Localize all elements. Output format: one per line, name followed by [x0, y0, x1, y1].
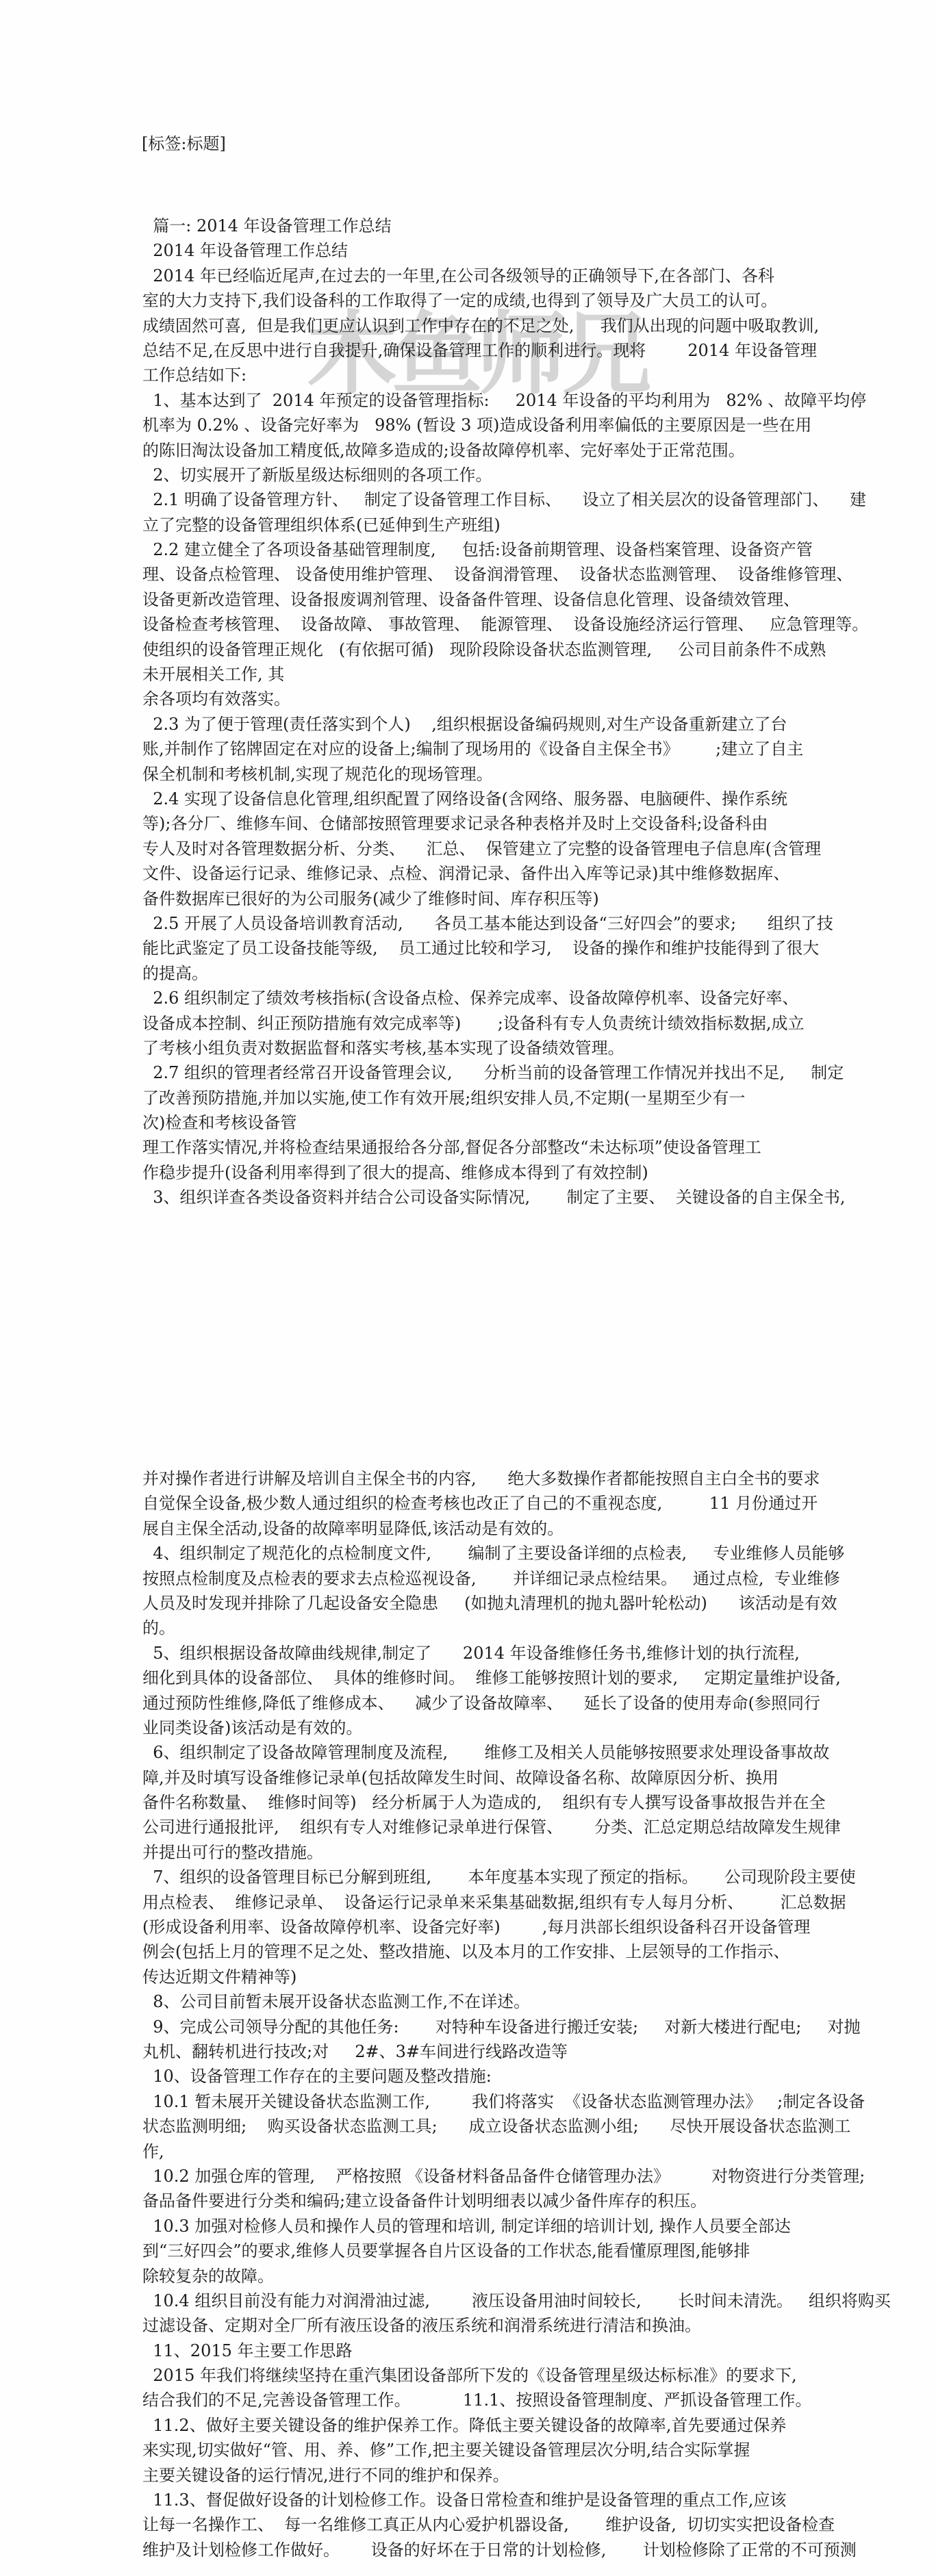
text-line: 2014 年设备管理工作总结: [142, 238, 923, 263]
text-line: 通过预防性维修,降低了维修成本、 减少了设备故障率、 延长了设备的使用寿命(参照…: [142, 1691, 923, 1716]
text-line: 展自主保全活动,设备的故障率明显降低,该活动是有效的。: [142, 1516, 923, 1541]
text-line: 10.3 加强对检修人员和操作人员的管理和培训, 制定详细的培训计划, 操作人员…: [142, 2214, 923, 2239]
text-line: 2、切实展开了新版星级达标细则的各项工作。: [142, 463, 923, 487]
text-line: 10.2 加强仓库的管理, 严格按照 《设备材料备品备件仓储管理办法》 对物资进…: [142, 2164, 923, 2189]
text-line: 11、2015 年主要工作思路: [142, 2338, 923, 2363]
text-line: 能比武鉴定了员工设备技能等级, 员工通过比较和学习, 设备的操作和维护技能得到了…: [142, 936, 923, 960]
text-line: 设备检查考核管理、 设备故障、 事故管理、 能源管理、 设备设施经济运行管理、 …: [142, 612, 923, 637]
text-line: 按照点检制度及点检表的要求去点检巡视设备, 并详细记录点检结果。 通过点检, 专…: [142, 1566, 923, 1591]
text-line: 账,并制作了铭牌固定在对应的设备上;编制了现场用的《设备自主保全书》 ;建立了自…: [142, 737, 923, 761]
text-line: 并对操作者进行讲解及培训自主保全书的内容, 绝大多数操作者都能按照自主白全书的要…: [142, 1466, 923, 1491]
text-line: 余各项均有效落实。: [142, 687, 923, 711]
text-line: 备件数据库已很好的为公司服务(减少了维修时间、库存积压等): [142, 887, 923, 911]
text-line: 机率为 0.2% 、设备完好率为 98% (暂设 3 项)造成设备利用率偏低的主…: [142, 413, 923, 437]
text-line: 传达近期文件精神等): [142, 1965, 923, 1989]
text-line: 自觉保全设备,极少数人通过组织的检查考核也改正了自己的不重视态度, 11 月份通…: [142, 1491, 923, 1516]
text-line: 除较复杂的故障。: [142, 2264, 923, 2288]
text-line: 2.3 为了便于管理(责任落实到个人) ,组织根据设备编码规则,对生产设备重新建…: [142, 712, 923, 737]
text-line: 文件、设备运行记录、维修记录、点检、润滑记录、备件出入库等记录)其中维修数据库、: [142, 861, 923, 886]
text-line: 丸机、翻转机进行技改;对 2#、3#车间进行线路改造等: [142, 2039, 923, 2064]
text-line: 结合我们的不足,完善设备管理工作。 11.1、按照设备管理制度、严抓设备管理工作…: [142, 2388, 923, 2412]
text-line: 9、完成公司领导分配的其他任务: 对特种车设备进行搬迁安装; 对新大楼进行配电;…: [142, 2015, 923, 2039]
text-line: 设备更新改造管理、设备报废调剂管理、设备备件管理、设备信息化管理、设备绩效管理、: [142, 587, 923, 612]
text-line: 10、设备管理工作存在的主要问题及整改措施:: [142, 2064, 923, 2089]
text-line: (形成设备利用率、设备故障停机率、设备完好率) ,每月洪部长组织设备科召开设备管…: [142, 1915, 923, 1939]
text-line: 作稳步提升(设备利用率得到了很大的提高、维修成本得到了有效控制): [142, 1160, 923, 1185]
text-line: 作,: [142, 2139, 923, 2164]
text-line: 业同类设备)该活动是有效的。: [142, 1716, 923, 1740]
text-line: 成绩固然可喜, 但是我们更应认识到工作中存在的不足之处, 我们从出现的问题中吸取…: [142, 314, 923, 338]
text-line: 障,并及时填写设备维修记录单(包括故障发生时间、故障设备名称、故障原因分析、换用: [142, 1765, 923, 1790]
text-line: 2.4 实现了设备信息化管理,组织配置了网络设备(含网络、服务器、电脑硬件、操作…: [142, 787, 923, 811]
text-line: 来实现,切实做好“管、用、养、修”工作,把主要关键设备管理层次分明,结合实际掌握: [142, 2438, 923, 2462]
text-line: 等);各分厂、维修车间、仓储部按照管理要求记录各种表格并及时上交设备科;设备科由: [142, 811, 923, 836]
text-line: 的陈旧淘汰设备加工精度低,故障多造成的;设备故障停机率、完好率处于正常范围。: [142, 438, 923, 463]
text-line: 设备成本控制、纠正预防措施有效完成率等) ;设备科有专人负责统计绩效指标数据,成…: [142, 1011, 923, 1036]
text-line: 理工作落实情况,并将检查结果通报给各分部,督促各分部整改“未达标项”使设备管理工: [142, 1135, 923, 1160]
text-line: 室的大力支持下,我们设备科的工作取得了一定的成绩,也得到了领导及广大员工的认可。: [142, 288, 923, 313]
text-line: 维护及计划检修工作做好。 设备的好坏在于日常的计划检修, 计划检修除了正常的不可…: [142, 2538, 923, 2562]
text-line: 1、基本达到了 2014 年预定的设备管理指标: 2014 年设备的平均利用为 …: [142, 388, 923, 413]
text-line: 3、组织详查各类设备资料并结合公司设备实际情况, 制定了主要、 关键设备的自主保…: [142, 1185, 923, 1210]
text-line: 了考核小组负责对数据监督和落实考核,基本实现了设备绩效管理。: [142, 1036, 923, 1060]
text-line: 11.3、督促做好设备的计划检修工作。设备日常检查和维护是设备管理的重点工作,应…: [142, 2488, 923, 2512]
text-line: 立了完整的设备管理组织体系(已延伸到生产班组): [142, 513, 923, 537]
document-page: 木鱼师兄 [标签:标题] 篇一: 2014 年设备管理工作总结 2014 年设备…: [0, 0, 936, 2576]
text-line: 总结不足,在反思中进行自我提升,确保设备管理工作的顺利进行。现将 2014 年设…: [142, 338, 923, 363]
text-line: 8、公司目前暂未展开设备状态监测工作,不在详述。: [142, 1989, 923, 2014]
text-line: 公司进行通报批评, 组织有专人对维修记录单进行保管、 分类、汇总定期总结故障发生…: [142, 1815, 923, 1839]
text-line: 并提出可行的整改措施。: [142, 1840, 923, 1865]
text-line: 4、组织制定了规范化的点检制度文件, 编制了主要设备详细的点检表, 专业维修人员…: [142, 1541, 923, 1566]
text-line: 例会(包括上月的管理不足之处、整改措施、以及本月的工作安排、上层领导的工作指示、: [142, 1939, 923, 1964]
text-line: 2.2 建立健全了各项设备基础管理制度, 包括:设备前期管理、设备档案管理、设备…: [142, 537, 923, 562]
text-line: 了改善预防措施,并加以实施,使工作有效开展;组织安排人员,不定期(一星期至少有一: [142, 1086, 923, 1110]
text-line: 工作总结如下:: [142, 363, 923, 387]
text-line: 的。: [142, 1616, 923, 1640]
text-line: 备件名称数量、 维修时间等) 经分析属于人为造成的, 组织有专人撰写设备事故报告…: [142, 1790, 923, 1815]
text-line: 到“三好四会”的要求,维修人员要掌握各自片区设备的工作状态,能看懂原理图,能够排: [142, 2239, 923, 2263]
document-tag-label: [标签:标题]: [142, 131, 226, 156]
text-line: 用点检表、 维修记录单、 设备运行记录单来采集基础数据,组织有专人每月分析、 汇…: [142, 1890, 923, 1915]
text-line: 主要关键设备的运行情况,进行不同的维护和保养。: [142, 2463, 923, 2488]
text-line: 备品备件要进行分类和编码;建立设备备件计划明细表以减少备件库存的积压。: [142, 2189, 923, 2213]
text-line: 11.2、做好主要关键设备的维护保养工作。降低主要关键设备的故障率,首先要通过保…: [142, 2413, 923, 2438]
text-line: 10.4 组织目前没有能力对润滑油过滤, 液压设备用油时间较长, 长时间未清洗。…: [142, 2288, 923, 2313]
text-line: 次)检查和考核设备管: [142, 1110, 923, 1135]
text-line: 保全机制和考核机制,实现了规范化的现场管理。: [142, 762, 923, 787]
text-line: 篇一: 2014 年设备管理工作总结: [142, 214, 923, 238]
text-line: 过滤设备、定期对全厂所有液压设备的液压系统和润滑系统进行清洁和换油。: [142, 2313, 923, 2338]
text-line: 让每一名操作工、 每一名维修工真正从内心爱护机器设备, 维护设备, 切切实实把设…: [142, 2512, 923, 2537]
text-line: 6、组织制定了设备故障管理制度及流程, 维修工及相关人员能够按照要求处理设备事故…: [142, 1740, 923, 1765]
text-line: 2.1 明确了设备管理方针、 制定了设备管理工作目标、 设立了相关层次的设备管理…: [142, 487, 923, 512]
paragraph-block-2: 并对操作者进行讲解及培训自主保全书的内容, 绝大多数操作者都能按照自主白全书的要…: [142, 1466, 923, 2562]
text-line: 2.5 开展了人员设备培训教育活动, 各员工基本能达到设备“三好四会”的要求; …: [142, 911, 923, 936]
text-line: 10.1 暂未展开关键设备状态监测工作, 我们将落实 《设备状态监测管理办法》 …: [142, 2089, 923, 2114]
paragraph-block-1: 篇一: 2014 年设备管理工作总结 2014 年设备管理工作总结 2014 年…: [142, 214, 923, 1210]
text-line: 5、组织根据设备故障曲线规律,制定了 2014 年设备维修任务书,维修计划的执行…: [142, 1641, 923, 1666]
text-line: 细化到具体的设备部位、 具体的维修时间。 维修工能够按照计划的要求, 定期定量维…: [142, 1666, 923, 1690]
text-line: 未开展相关工作, 其: [142, 662, 923, 687]
text-line: 2015 年我们将继续坚持在重汽集团设备部所下发的《设备管理星级达标标准》的要求…: [142, 2363, 923, 2388]
text-line: 7、组织的设备管理目标已分解到班组, 本年度基本实现了预定的指标。 公司现阶段主…: [142, 1865, 923, 1889]
text-line: 状态监测明细; 购买设备状态监测工具; 成立设备状态监测小组; 尽快开展设备状态…: [142, 2114, 923, 2139]
text-line: 2.6 组织制定了绩效考核指标(含设备点检、保养完成率、设备故障停机率、设备完好…: [142, 986, 923, 1010]
text-line: 专人及时对各管理数据分析、分类、 汇总、 保管建立了完整的设备管理电子信息库(含…: [142, 837, 923, 861]
text-line: 的提高。: [142, 961, 923, 986]
text-line: 人员及时发现并排除了几起设备安全隐患 (如抛丸清理机的抛丸器叶轮松动) 该活动是…: [142, 1591, 923, 1616]
text-line: 理、设备点检管理、 设备使用维护管理、 设备润滑管理、 设备状态监测管理、 设备…: [142, 562, 923, 587]
text-line: 2.7 组织的管理者经常召开设备管理会议, 分析当前的设备管理工作情况并找出不足…: [142, 1060, 923, 1085]
text-line: 使组织的设备管理正规化 (有依据可循) 现阶段除设备状态监测管理, 公司目前条件…: [142, 637, 923, 662]
text-line: 2014 年已经临近尾声,在过去的一年里,在公司各级领导的正确领导下,在各部门、…: [142, 264, 923, 288]
